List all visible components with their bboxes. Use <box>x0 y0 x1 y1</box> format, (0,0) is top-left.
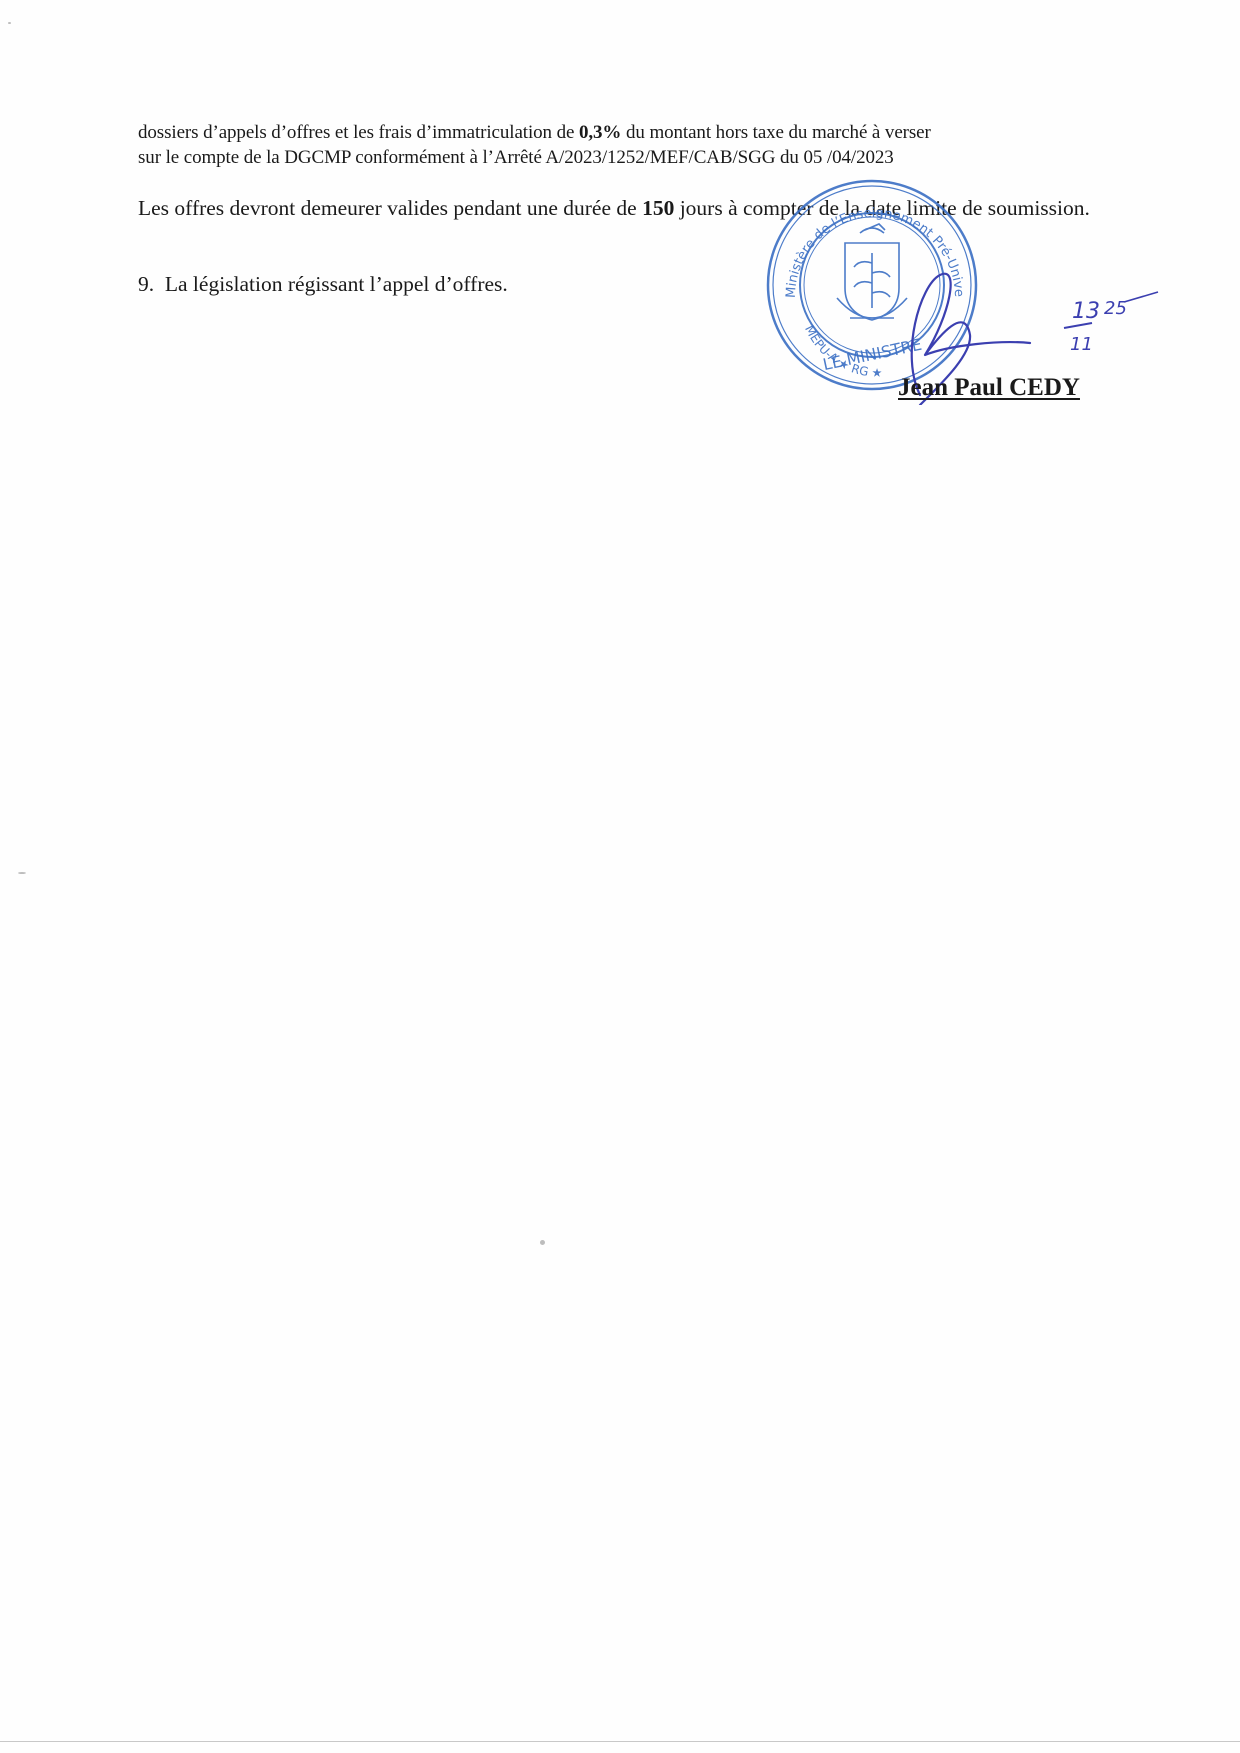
handwritten-date: 13 11 25 <box>1060 290 1170 370</box>
svg-text:11: 11 <box>1070 334 1093 355</box>
scan-speck <box>8 22 11 24</box>
item-text: La législation régissant l’appel d’offre… <box>165 272 508 296</box>
signatory-name: Jean Paul CEDY <box>898 374 1080 402</box>
document-page: dossiers d’appels d’offres et les frais … <box>0 0 1240 1753</box>
page-edge-line <box>0 1741 1240 1742</box>
scan-speck <box>540 1240 545 1245</box>
scan-speck <box>18 872 26 874</box>
paragraph-fees: dossiers d’appels d’offres et les frais … <box>138 120 1113 170</box>
decree-reference: sur le compte de la DGCMP conformément à… <box>138 147 894 168</box>
validity-days: 150 <box>642 196 674 220</box>
svg-text:13: 13 <box>1072 299 1100 324</box>
svg-text:25: 25 <box>1104 298 1127 319</box>
fee-percentage: 0,3% <box>579 122 621 143</box>
item-number: 9. <box>138 272 154 296</box>
